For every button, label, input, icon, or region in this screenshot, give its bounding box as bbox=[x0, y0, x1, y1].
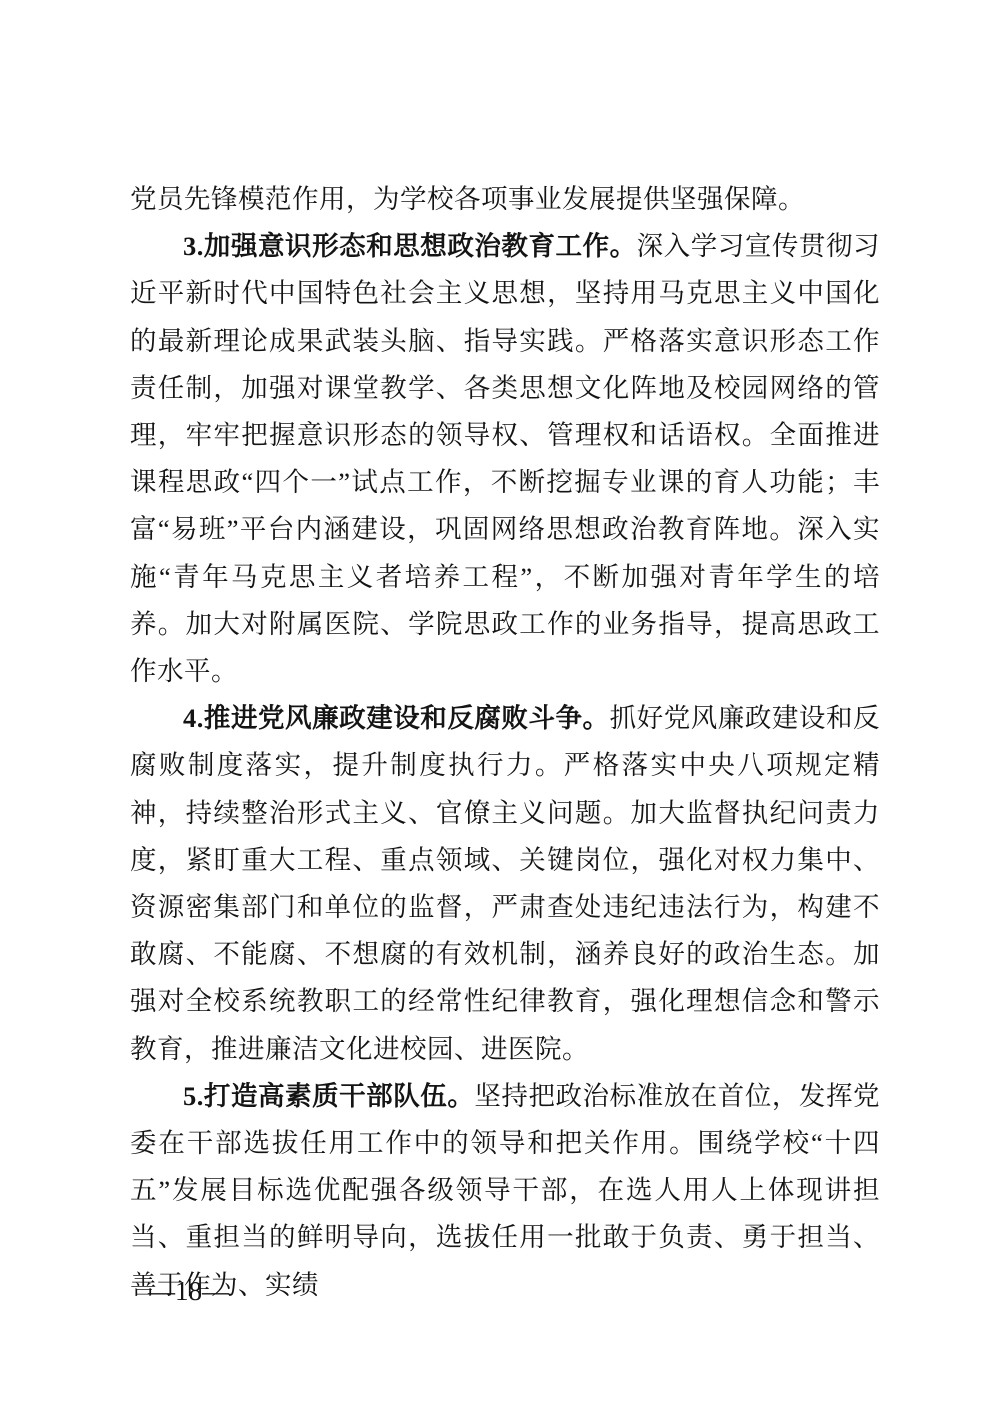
paragraph-continuation-text: 党员先锋模范作用，为学校各项事业发展提供坚强保障。 bbox=[130, 184, 805, 214]
section-5-heading: 5.打造高素质干部队伍。 bbox=[183, 1081, 474, 1111]
section-3-heading: 3.加强意识形态和思想政治教育工作。 bbox=[183, 231, 637, 261]
paragraph-continuation: 党员先锋模范作用，为学校各项事业发展提供坚强保障。 bbox=[130, 176, 880, 223]
section-4-body: 抓好党风廉政建设和反腐败制度落实，提升制度执行力。严格落实中央八项规定精神，持续… bbox=[130, 703, 880, 1063]
text-block: 党员先锋模范作用，为学校各项事业发展提供坚强保障。 3.加强意识形态和思想政治教… bbox=[130, 176, 880, 1309]
section-5-body: 坚持把政治标准放在首位，发挥党委在干部选拔任用工作中的领导和把关作用。围绕学校“… bbox=[130, 1081, 880, 1300]
section-5-paragraph: 5.打造高素质干部队伍。坚持把政治标准放在首位，发挥党委在干部选拔任用工作中的领… bbox=[130, 1073, 880, 1309]
section-3-body: 深入学习宣传贯彻习近平新时代中国特色社会主义思想，坚持用马克思主义中国化的最新理… bbox=[130, 231, 880, 686]
section-4-paragraph: 4.推进党风廉政建设和反腐败斗争。抓好党风廉政建设和反腐败制度落实，提升制度执行… bbox=[130, 695, 880, 1073]
document-page: 党员先锋模范作用，为学校各项事业发展提供坚强保障。 3.加强意识形态和思想政治教… bbox=[0, 0, 991, 1403]
page-number: —18— bbox=[148, 1276, 229, 1306]
section-3-paragraph: 3.加强意识形态和思想政治教育工作。深入学习宣传贯彻习近平新时代中国特色社会主义… bbox=[130, 223, 880, 695]
section-4-heading: 4.推进党风廉政建设和反腐败斗争。 bbox=[183, 703, 610, 733]
